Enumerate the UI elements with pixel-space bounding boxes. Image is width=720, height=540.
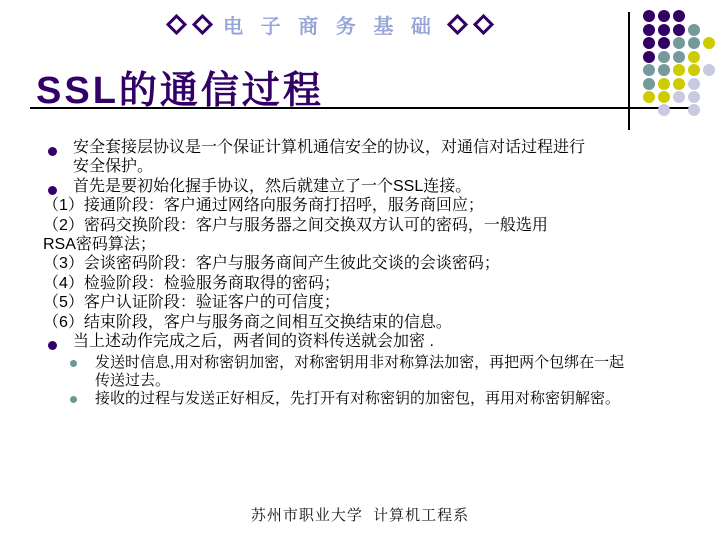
wrap-line: RSA密码算法； bbox=[0, 235, 720, 254]
decor-dot bbox=[673, 51, 685, 63]
wrap-line: 安全保护。 bbox=[0, 157, 720, 176]
line-text: （4）检验阶段：检验服务商取得的密码； bbox=[43, 275, 340, 292]
line-text: （1）接通阶段：客户通过网络向服务商打招呼，服务商回应； bbox=[43, 197, 484, 214]
decor-dot bbox=[673, 10, 685, 22]
line-text: （2）密码交换阶段：客户与服务器之间交换双方认可的密码，一般选用 bbox=[43, 217, 548, 234]
numbered-line: （3）会谈密码阶段：客户与服务商间产生彼此交谈的会谈密码； bbox=[0, 254, 720, 273]
decor-dot bbox=[643, 64, 655, 76]
decor-dot bbox=[703, 64, 715, 76]
diamond-icon bbox=[192, 13, 213, 34]
decor-vertical-line bbox=[628, 12, 630, 130]
decor-dot bbox=[658, 91, 670, 103]
decor-dot bbox=[643, 10, 655, 22]
decor-dot bbox=[673, 64, 685, 76]
decor-dot bbox=[688, 91, 700, 103]
sub-bullet-line: 发送时信息,用对称密钥加密，对称密钥用非对称算法加密，再把两个包绑在一起 bbox=[0, 354, 720, 372]
decor-dot bbox=[688, 104, 700, 116]
sub-bullet-icon bbox=[70, 396, 77, 403]
bullet-icon bbox=[48, 147, 57, 156]
numbered-line: （1）接通阶段：客户通过网络向服务商打招呼，服务商回应； bbox=[0, 196, 720, 215]
diamond-icon bbox=[473, 13, 494, 34]
line-text: 当上述动作完成之后，两者间的资料传送就会加密 . bbox=[73, 333, 434, 350]
decor-dot bbox=[658, 51, 670, 63]
numbered-line: （5）客户认证阶段：验证客户的可信度； bbox=[0, 293, 720, 312]
decor-dot bbox=[643, 24, 655, 36]
line-text: 发送时信息,用对称密钥加密，对称密钥用非对称算法加密，再把两个包绑在一起 bbox=[95, 354, 624, 371]
bullet-line: 安全套接层协议是一个保证计算机通信安全的协议，对通信对话过程进行 bbox=[0, 138, 720, 157]
decor-dot bbox=[673, 91, 685, 103]
slide-header: 电 子 商 务 基 础 bbox=[0, 11, 660, 37]
footer-text: 苏州市职业大学 计算机工程系 bbox=[0, 504, 720, 525]
line-text: （3）会谈密码阶段：客户与服务商间产生彼此交谈的会谈密码； bbox=[43, 255, 500, 272]
slide: 电 子 商 务 基 础 SSL的通信过程 安全套接层协议是一个保证计算机通信安全… bbox=[0, 0, 720, 540]
decor-dot bbox=[688, 64, 700, 76]
body-text: 安全套接层协议是一个保证计算机通信安全的协议，对通信对话过程进行 安全保护。 首… bbox=[0, 138, 720, 408]
decor-dot bbox=[703, 37, 715, 49]
decor-dot bbox=[658, 10, 670, 22]
bullet-line: 当上述动作完成之后，两者间的资料传送就会加密 . bbox=[0, 332, 720, 351]
numbered-line: （4）检验阶段：检验服务商取得的密码； bbox=[0, 274, 720, 293]
decor-dot bbox=[658, 37, 670, 49]
title-underline bbox=[30, 107, 689, 109]
line-text: （6）结束阶段，客户与服务商之间相互交换结束的信息。 bbox=[43, 314, 452, 331]
numbered-line: （2）密码交换阶段：客户与服务器之间交换双方认可的密码，一般选用 bbox=[0, 216, 720, 235]
line-text: RSA密码算法； bbox=[43, 236, 156, 253]
diamond-icon bbox=[447, 13, 468, 34]
numbered-line: （6）结束阶段，客户与服务商之间相互交换结束的信息。 bbox=[0, 313, 720, 332]
decor-dot bbox=[673, 24, 685, 36]
decor-dot bbox=[658, 78, 670, 90]
line-text: 安全套接层协议是一个保证计算机通信安全的协议，对通信对话过程进行 bbox=[73, 139, 585, 156]
bullet-icon bbox=[48, 186, 57, 195]
line-text: 首先是要初始化握手协议，然后就建立了一个SSL连接。 bbox=[73, 178, 471, 195]
decor-dot bbox=[688, 51, 700, 63]
wrap-line: 传送过去。 bbox=[0, 372, 720, 390]
decor-dot bbox=[643, 91, 655, 103]
bullet-icon bbox=[48, 341, 57, 350]
page-title: SSL的通信过程 bbox=[36, 59, 324, 114]
decor-dot bbox=[643, 78, 655, 90]
decor-dot bbox=[673, 37, 685, 49]
decor-dot bbox=[688, 24, 700, 36]
line-text: 安全保护。 bbox=[73, 158, 153, 175]
decor-dot bbox=[688, 37, 700, 49]
decor-dot bbox=[643, 51, 655, 63]
diamond-icon bbox=[166, 13, 187, 34]
decor-dot bbox=[658, 104, 670, 116]
course-title: 电 子 商 务 基 础 bbox=[223, 10, 437, 39]
sub-bullet-line: 接收的过程与发送正好相反，先打开有对称密钥的加密包，再用对称密钥解密。 bbox=[0, 390, 720, 408]
decor-dot bbox=[643, 37, 655, 49]
decor-dot bbox=[658, 64, 670, 76]
decor-dot bbox=[673, 78, 685, 90]
line-text: 接收的过程与发送正好相反，先打开有对称密钥的加密包，再用对称密钥解密。 bbox=[95, 390, 620, 407]
line-text: 传送过去。 bbox=[95, 372, 170, 389]
bullet-line: 首先是要初始化握手协议，然后就建立了一个SSL连接。 bbox=[0, 177, 720, 196]
sub-bullet-icon bbox=[70, 360, 77, 367]
decor-dot bbox=[688, 78, 700, 90]
decor-dot bbox=[658, 24, 670, 36]
line-text: （5）客户认证阶段：验证客户的可信度； bbox=[43, 294, 340, 311]
